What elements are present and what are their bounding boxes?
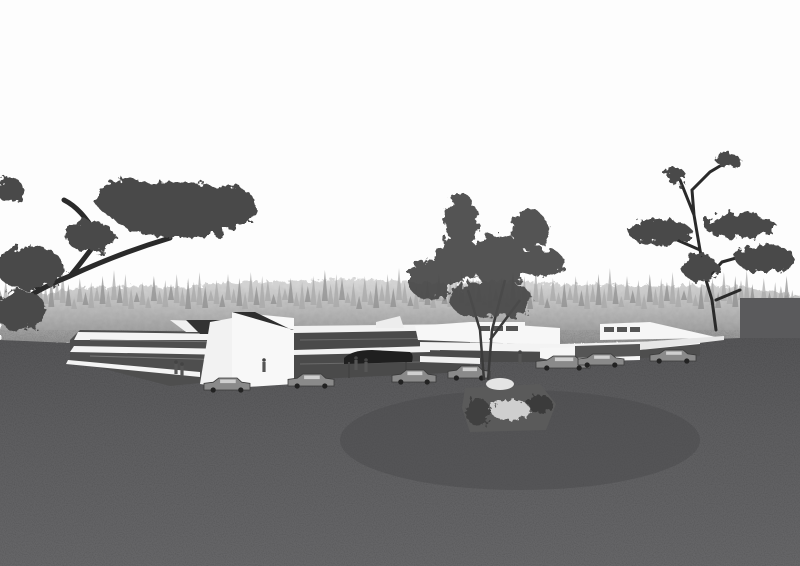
rendering-canvas bbox=[0, 0, 800, 566]
pedestrian bbox=[354, 356, 358, 370]
pedestrian bbox=[518, 350, 522, 364]
hotel-center-tower bbox=[200, 312, 294, 388]
pedestrian bbox=[180, 362, 184, 376]
pedestrian bbox=[174, 360, 178, 374]
pedestrian bbox=[262, 358, 266, 372]
pedestrian bbox=[364, 358, 368, 372]
hotel-rendering-scene bbox=[0, 0, 800, 566]
